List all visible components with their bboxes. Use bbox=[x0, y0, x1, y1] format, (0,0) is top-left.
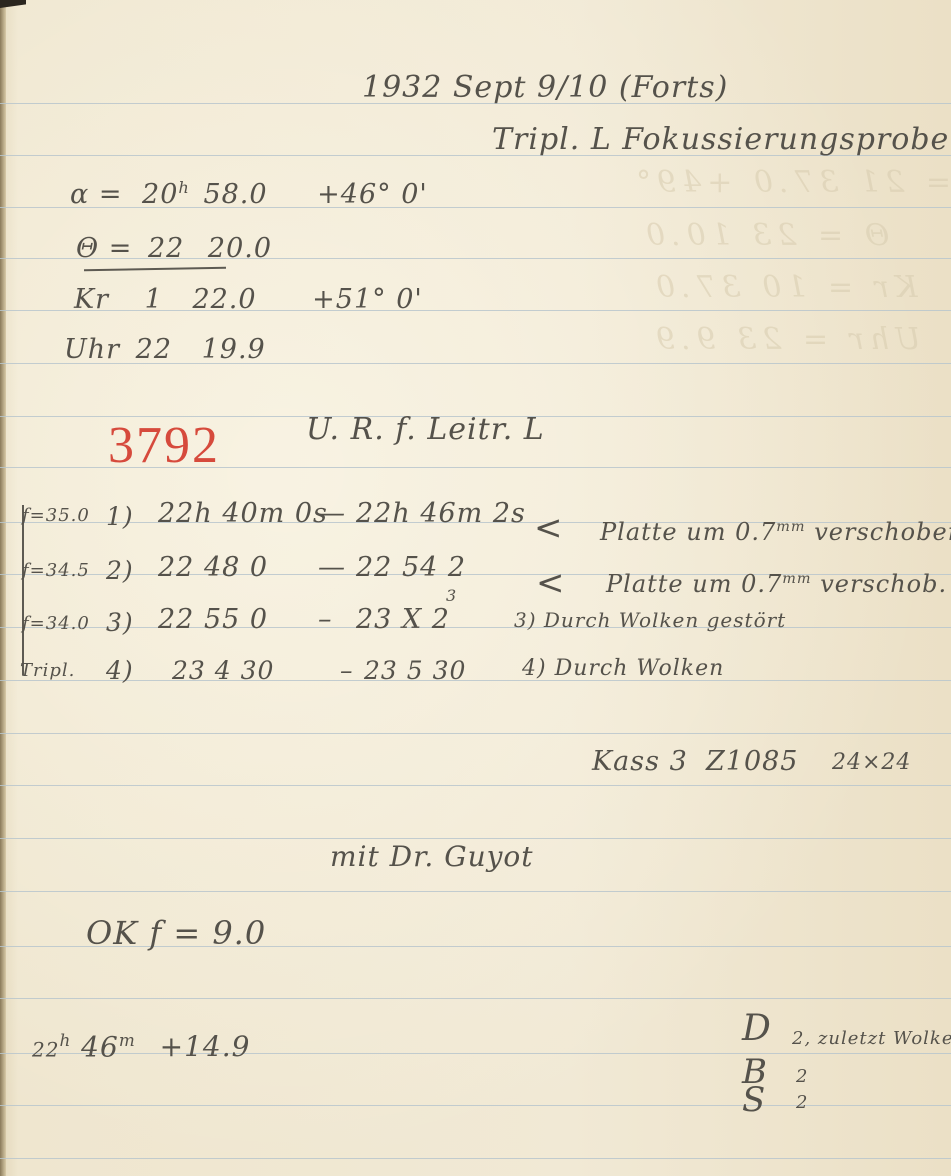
alpha-ra-unit: h bbox=[178, 178, 189, 197]
alpha-ra-minutes: 58.0 bbox=[203, 179, 267, 210]
exposure-3-end: 23 X 2 bbox=[356, 604, 450, 635]
ok-focus-line: OK f = 9.0 bbox=[86, 914, 266, 952]
kr-row: Kr 1 22.0 +51° 0' bbox=[74, 284, 423, 315]
kr-hours: 1 bbox=[145, 284, 163, 315]
rule-line bbox=[0, 1158, 951, 1159]
alpha-ra-hours: 20 bbox=[142, 179, 178, 210]
condition-symbol-d: D bbox=[742, 1008, 772, 1049]
condition-symbol-s: S bbox=[742, 1080, 766, 1120]
bleedthrough-line: Θ = 23 10.0 bbox=[640, 218, 889, 253]
notebook-page: α = 21 37.0 +49° Θ = 23 10.0 Kr = 10 37.… bbox=[0, 0, 951, 1176]
exposure-2-end: 22 54 2 bbox=[356, 552, 466, 583]
alpha-label: α = bbox=[70, 179, 122, 210]
theta-label: Θ = bbox=[76, 233, 132, 264]
note-text: Platte um 0.7 bbox=[600, 518, 776, 546]
exposure-4-dash: – bbox=[340, 656, 354, 685]
note-tail: verschob. bbox=[820, 570, 947, 598]
exposure-2-note: Platte um 0.7mm verschob. bbox=[606, 570, 947, 598]
exposure-1-note: Platte um 0.7mm verschoben bbox=[600, 518, 951, 546]
tc-hours: 22 bbox=[32, 1037, 59, 1061]
rule-line bbox=[0, 998, 951, 999]
exposure-3-note: 3) Durch Wolken gestört bbox=[514, 608, 786, 632]
bleedthrough-line: α = 21 37.0 +49° bbox=[630, 165, 951, 200]
rule-line bbox=[0, 680, 951, 681]
plate-number: 3792 bbox=[108, 416, 220, 475]
bleedthrough-line: Kr = 10 37.0 bbox=[650, 270, 917, 305]
condition-value-d: 2, zuletzt Wolken bbox=[792, 1028, 951, 1049]
exposure-3-index: 3) bbox=[106, 608, 134, 637]
exposure-4-label: Tripl. bbox=[20, 660, 75, 681]
cassette-label: Kass 3 bbox=[592, 746, 688, 777]
exposure-2-dash: — bbox=[318, 552, 346, 583]
uhr-hours: 22 bbox=[136, 334, 172, 365]
time-correction: 22h 46m +14.9 bbox=[32, 1030, 250, 1063]
note-text: Platte um 0.7 bbox=[606, 570, 782, 598]
rule-line bbox=[0, 891, 951, 892]
rule-line bbox=[0, 733, 951, 734]
kr-minutes: 22.0 bbox=[192, 284, 256, 315]
rule-line bbox=[0, 838, 951, 839]
observer-note: mit Dr. Guyot bbox=[330, 840, 534, 873]
exposure-2-start: 22 48 0 bbox=[158, 552, 268, 583]
subtitle-heading: Tripl. L Fokussierungsprobe bbox=[492, 122, 949, 157]
alpha-row: α = 20h 58.0 +46° 0' bbox=[70, 178, 428, 210]
condition-value-b: 2 bbox=[796, 1066, 808, 1087]
exposure-1-focus: f=35.0 bbox=[22, 505, 90, 526]
kr-dec: +51° 0' bbox=[312, 284, 423, 315]
theta-minutes: 20.0 bbox=[208, 233, 272, 264]
kr-label: Kr bbox=[74, 284, 109, 315]
note-unit: mm bbox=[782, 571, 811, 587]
rule-line bbox=[0, 627, 951, 628]
exposure-3-end-sup: 3 bbox=[446, 586, 457, 605]
theta-row: Θ = 22 20.0 bbox=[76, 233, 272, 264]
tc-minutes: 46 bbox=[81, 1030, 119, 1063]
date-heading: 1932 Sept 9/10 (Forts) bbox=[362, 70, 728, 105]
exposure-1-end: 22h 46m 2s bbox=[356, 498, 526, 529]
exposure-4-note: 4) Durch Wolken bbox=[522, 656, 724, 681]
condition-value-s: 2 bbox=[796, 1092, 808, 1113]
bleedthrough-line: Uhr = 23 9.9 bbox=[650, 322, 921, 357]
exposure-1-dash: — bbox=[318, 498, 346, 529]
exposure-4-start: 23 4 30 bbox=[172, 656, 274, 685]
exposure-3-focus: f=34.0 bbox=[22, 613, 90, 634]
theta-hours: 22 bbox=[148, 233, 184, 264]
uhr-label: Uhr bbox=[64, 334, 120, 365]
cassette-z-number: Z1085 bbox=[706, 746, 798, 777]
exposure-3-start: 22 55 0 bbox=[158, 604, 268, 635]
notebook-spine bbox=[0, 0, 6, 1176]
uhr-minutes: 19.9 bbox=[202, 334, 266, 365]
theta-underline bbox=[84, 267, 226, 271]
exposure-2-arrow: < bbox=[536, 563, 566, 603]
exposure-1-arrow: < bbox=[534, 508, 564, 548]
note-unit: mm bbox=[776, 519, 805, 535]
exposure-4-end: 23 5 30 bbox=[364, 656, 466, 685]
uhr-row: Uhr 22 19.9 bbox=[64, 334, 266, 365]
exposure-2-focus: f=34.5 bbox=[22, 560, 90, 581]
exposure-1-start: 22h 40m 0s bbox=[158, 498, 328, 529]
focus-bracket bbox=[22, 505, 24, 675]
tc-value: +14.9 bbox=[160, 1030, 251, 1063]
rule-line bbox=[0, 785, 951, 786]
alpha-dec: +46° 0' bbox=[317, 179, 428, 210]
exposure-1-index: 1) bbox=[106, 502, 134, 531]
note-tail: verschoben bbox=[814, 518, 951, 546]
exposure-4-index: 4) bbox=[106, 656, 134, 685]
page-corner-shadow bbox=[0, 0, 26, 8]
cassette-size: 24×24 bbox=[832, 750, 911, 775]
exposure-2-index: 2) bbox=[106, 556, 134, 585]
exposure-3-dash: – bbox=[318, 604, 333, 635]
plate-label: U. R. f. Leitr. L bbox=[306, 412, 545, 447]
